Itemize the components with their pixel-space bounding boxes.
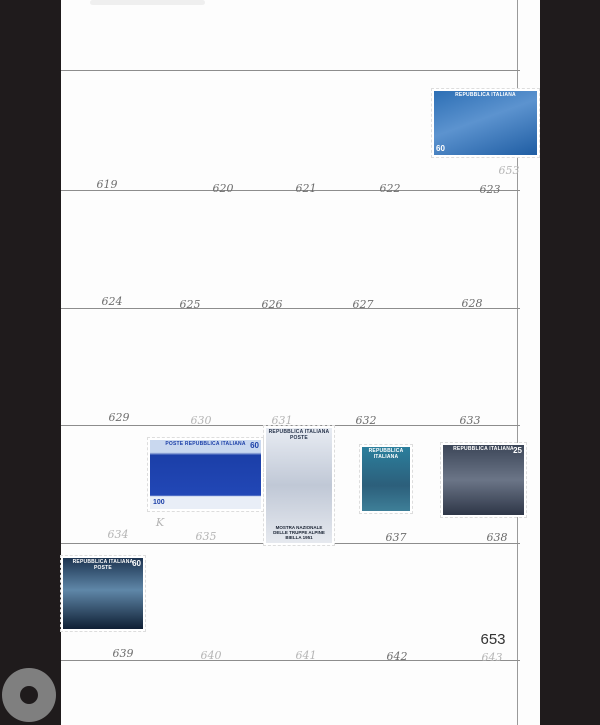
- row-divider: [61, 190, 520, 191]
- catalog-number: 634: [108, 528, 129, 541]
- catalog-number: 624: [102, 295, 123, 308]
- catalog-number-handwritten: 653: [480, 631, 505, 648]
- stamp-value: 60: [436, 144, 445, 153]
- stamp-value: 100: [153, 499, 165, 506]
- stamp-header: REPUBBLICA ITALIANA POSTE: [63, 559, 143, 571]
- catalog-number: 637: [386, 531, 407, 544]
- catalog-number: 627: [353, 298, 374, 311]
- stamp-639[interactable]: REPUBBLICA ITALIANA POSTE 60: [61, 556, 145, 631]
- catalog-number: 628: [462, 297, 483, 310]
- catalog-number: 638: [487, 531, 508, 544]
- stamp-header: REPUBBLICA ITALIANA: [443, 446, 524, 452]
- stamp-header: REPUBBLICA ITALIANA POSTE: [266, 429, 332, 441]
- catalog-number-note: 653: [499, 164, 520, 177]
- catalog-number: 630: [191, 414, 212, 427]
- catalog-number: 639: [113, 647, 134, 660]
- stamp-value: 60: [132, 559, 141, 568]
- stamp-value: 25: [513, 446, 522, 455]
- album-mark: K: [156, 516, 164, 529]
- catalog-number: 633: [460, 414, 481, 427]
- catalog-number: 632: [356, 414, 377, 427]
- row-divider: [61, 70, 520, 71]
- stamp-header: POSTE REPUBBLICA ITALIANA: [150, 441, 261, 447]
- stamp-637[interactable]: REPUBBLICA ITALIANA: [360, 445, 412, 513]
- catalog-number: 641: [296, 649, 317, 662]
- stamp-caption: MOSTRA NAZIONALE DELLE TRUPPE ALPINE BIE…: [268, 525, 330, 540]
- stamp-623[interactable]: REPUBBLICA ITALIANA 60: [432, 89, 539, 157]
- row-divider: [61, 660, 520, 661]
- catalog-number: 626: [262, 298, 283, 311]
- record-button[interactable]: [2, 668, 56, 722]
- stamp-header: REPUBBLICA ITALIANA: [434, 92, 537, 98]
- catalog-number: 623: [480, 183, 501, 196]
- catalog-number: 642: [387, 650, 408, 663]
- stamp-value: 60: [250, 441, 259, 450]
- catalog-number: 640: [201, 649, 222, 662]
- catalog-number: 621: [296, 182, 317, 195]
- stamp-638[interactable]: REPUBBLICA ITALIANA 25: [441, 443, 526, 517]
- catalog-number: 625: [180, 298, 201, 311]
- stamp-634[interactable]: POSTE REPUBBLICA ITALIANA 60 100: [148, 438, 263, 511]
- record-dot-icon: [20, 686, 38, 704]
- catalog-number: 635: [196, 530, 217, 543]
- catalog-number: 620: [213, 182, 234, 195]
- row-divider: [61, 308, 520, 309]
- catalog-number: 622: [380, 182, 401, 195]
- stamp-635[interactable]: REPUBBLICA ITALIANA POSTE MOSTRA NAZIONA…: [264, 426, 334, 545]
- catalog-number: 643: [482, 651, 503, 664]
- catalog-number: 619: [97, 178, 118, 191]
- catalog-number: 629: [109, 411, 130, 424]
- stamp-header: REPUBBLICA ITALIANA: [362, 448, 410, 460]
- page-smudge: [90, 0, 205, 5]
